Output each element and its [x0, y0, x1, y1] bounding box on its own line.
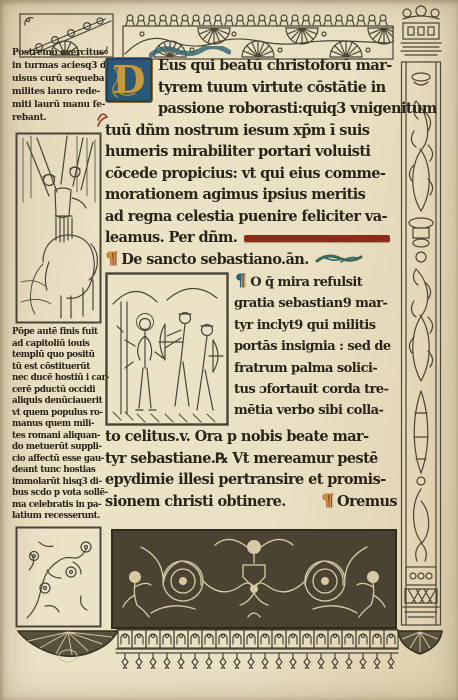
manuscript-page: Postremo exercitusin turmas aciesq3 di-u…: [0, 0, 458, 700]
triumph-horsemen-woodcut: [15, 132, 102, 324]
text-line: latium recesserunt.: [12, 511, 108, 523]
antiphon-full-lines: to celitus.v. Ora p nobis beate mar-tyr …: [105, 426, 397, 491]
lastline-start: sionem christi obtinere.: [105, 491, 286, 513]
antiphon-last-line: sionem christi obtinere. ¶ Oremus: [105, 491, 397, 513]
text-line: tū est cōstituerūt: [12, 362, 108, 374]
text-line: tes romani aliquan-: [12, 431, 108, 443]
text-line: tuū dñm nostrum iesum xp̄m ī suis: [105, 120, 397, 142]
text-line: bus scdo p vota sollē-: [12, 488, 108, 500]
antiphon-first-text: O q̄ mira refulsit: [250, 275, 362, 290]
closing-text: leamus. Per dñm.: [105, 227, 237, 249]
floral-panel-woodcut: [15, 526, 102, 628]
antiphon-side-lines: gratia sebastian9 mar-tyr inclyt9 qui mi…: [234, 293, 397, 421]
text-line: immolarūt hisq3 di-: [12, 477, 108, 489]
bottom-border-base: [16, 629, 444, 669]
text-line: templū quo positū: [12, 350, 108, 362]
text-line: ad regna celestia puenire feliciter va-: [105, 206, 397, 228]
text-line: tyr sebastiane.℞ Vt mereamur pestē: [105, 448, 397, 470]
text-line: fratrum palma solici-: [234, 358, 397, 379]
sebastian-section: ¶O q̄ mira refulsit gratia sebastian9 ma…: [105, 272, 397, 426]
christopher-prayer: D Eus qui beatū christoforū mar-tyrem tu…: [105, 55, 397, 249]
text-line: cōcede propicius: vt qui eius comme-: [105, 163, 397, 185]
text-line: tyr inclyt9 qui militis: [234, 315, 397, 336]
text-line: manus quem mili-: [12, 419, 108, 431]
green-line-filler-icon: [315, 253, 363, 265]
roman-cavalry-icon: [15, 132, 102, 324]
prayer-closing-line: leamus. Per dñm.: [105, 227, 397, 249]
text-line: aliquis denūciauerit: [12, 396, 108, 408]
rubric-text: De sancto sebastiano.ān.: [121, 249, 308, 271]
putti-border-woodcut: [111, 529, 397, 629]
sebastian-rubric: ¶ De sancto sebastiano.ān.: [105, 249, 397, 271]
right-border-column: [400, 61, 442, 626]
text-line: epydimie illesi pertransire et promis-: [105, 469, 397, 491]
lastline-end: Oremus: [337, 491, 397, 513]
text-line: mētia verbo sibi colla-: [234, 400, 397, 421]
text-line: ad capitoliū iouis: [12, 339, 108, 351]
right-border-capital: [397, 3, 445, 61]
blue-pilcrow-icon: ¶: [235, 273, 245, 290]
text-line: vt quem populus ro-: [12, 408, 108, 420]
text-line: uisus curū sequebat: [12, 73, 108, 86]
gold-pilcrow-icon: ¶: [106, 251, 116, 268]
text-line: cio affectū esse gau-: [12, 454, 108, 466]
arcade-base-icon: [16, 629, 444, 669]
text-line: morationem agimus ipsius meritis: [105, 184, 397, 206]
text-line: Postremo exercitus: [12, 47, 108, 60]
text-line: tus ɔfortauit corda tre-: [234, 379, 397, 400]
teal-flourish-icon: [149, 46, 231, 60]
text-line: humeris mirabiliter portari voluisti: [105, 141, 397, 163]
prayer-full-lines: passione roborasti:quiq3 vnigenitumtuū d…: [105, 98, 397, 227]
text-line: miti laurū manu fe-: [12, 99, 108, 112]
text-line: to celitus.v. Ora p nobis beate mar-: [105, 426, 397, 448]
text-line: milites lauro rede-: [12, 86, 108, 99]
text-line: nec ducē hostiū i car-: [12, 373, 108, 385]
text-line: Pōpe autē finis fuit: [12, 327, 108, 339]
illuminated-initial: D: [106, 58, 152, 102]
sebastian-antiphon-side: ¶O q̄ mira refulsit gratia sebastian9 ma…: [234, 272, 397, 426]
text-line: deant tunc hostias: [12, 465, 108, 477]
margin-note-top: Postremo exercitusin turmas aciesq3 di-u…: [12, 47, 108, 125]
text-line: cerē pductū occidi: [12, 385, 108, 397]
text-line: rebant.: [12, 112, 108, 125]
candelabra-border-icon: [400, 61, 442, 626]
text-line: ma celebratis in pa-: [12, 500, 108, 512]
saint-sebastian-woodcut: [105, 272, 229, 426]
main-text-block: D Eus qui beatū christoforū mar-tyrem tu…: [105, 55, 397, 512]
putti-foliage-icon: [111, 529, 397, 629]
text-line: do metuerūt suppli-: [12, 442, 108, 454]
margin-note-bottom: Pōpe autē finis fuitad capitoliū iouiste…: [12, 327, 108, 523]
text-line: portās insignia : sed de: [234, 336, 397, 357]
red-line-filler: [244, 235, 390, 242]
floral-branch-icon: [15, 526, 102, 628]
text-line: in turmas aciesq3 di-: [12, 60, 108, 73]
text-line: gratia sebastian9 mar-: [234, 293, 397, 314]
column-capital-icon: [397, 3, 445, 61]
oremus-pilcrow-icon: ¶: [322, 493, 332, 510]
antiphon-first-line: ¶O q̄ mira refulsit: [234, 272, 397, 293]
